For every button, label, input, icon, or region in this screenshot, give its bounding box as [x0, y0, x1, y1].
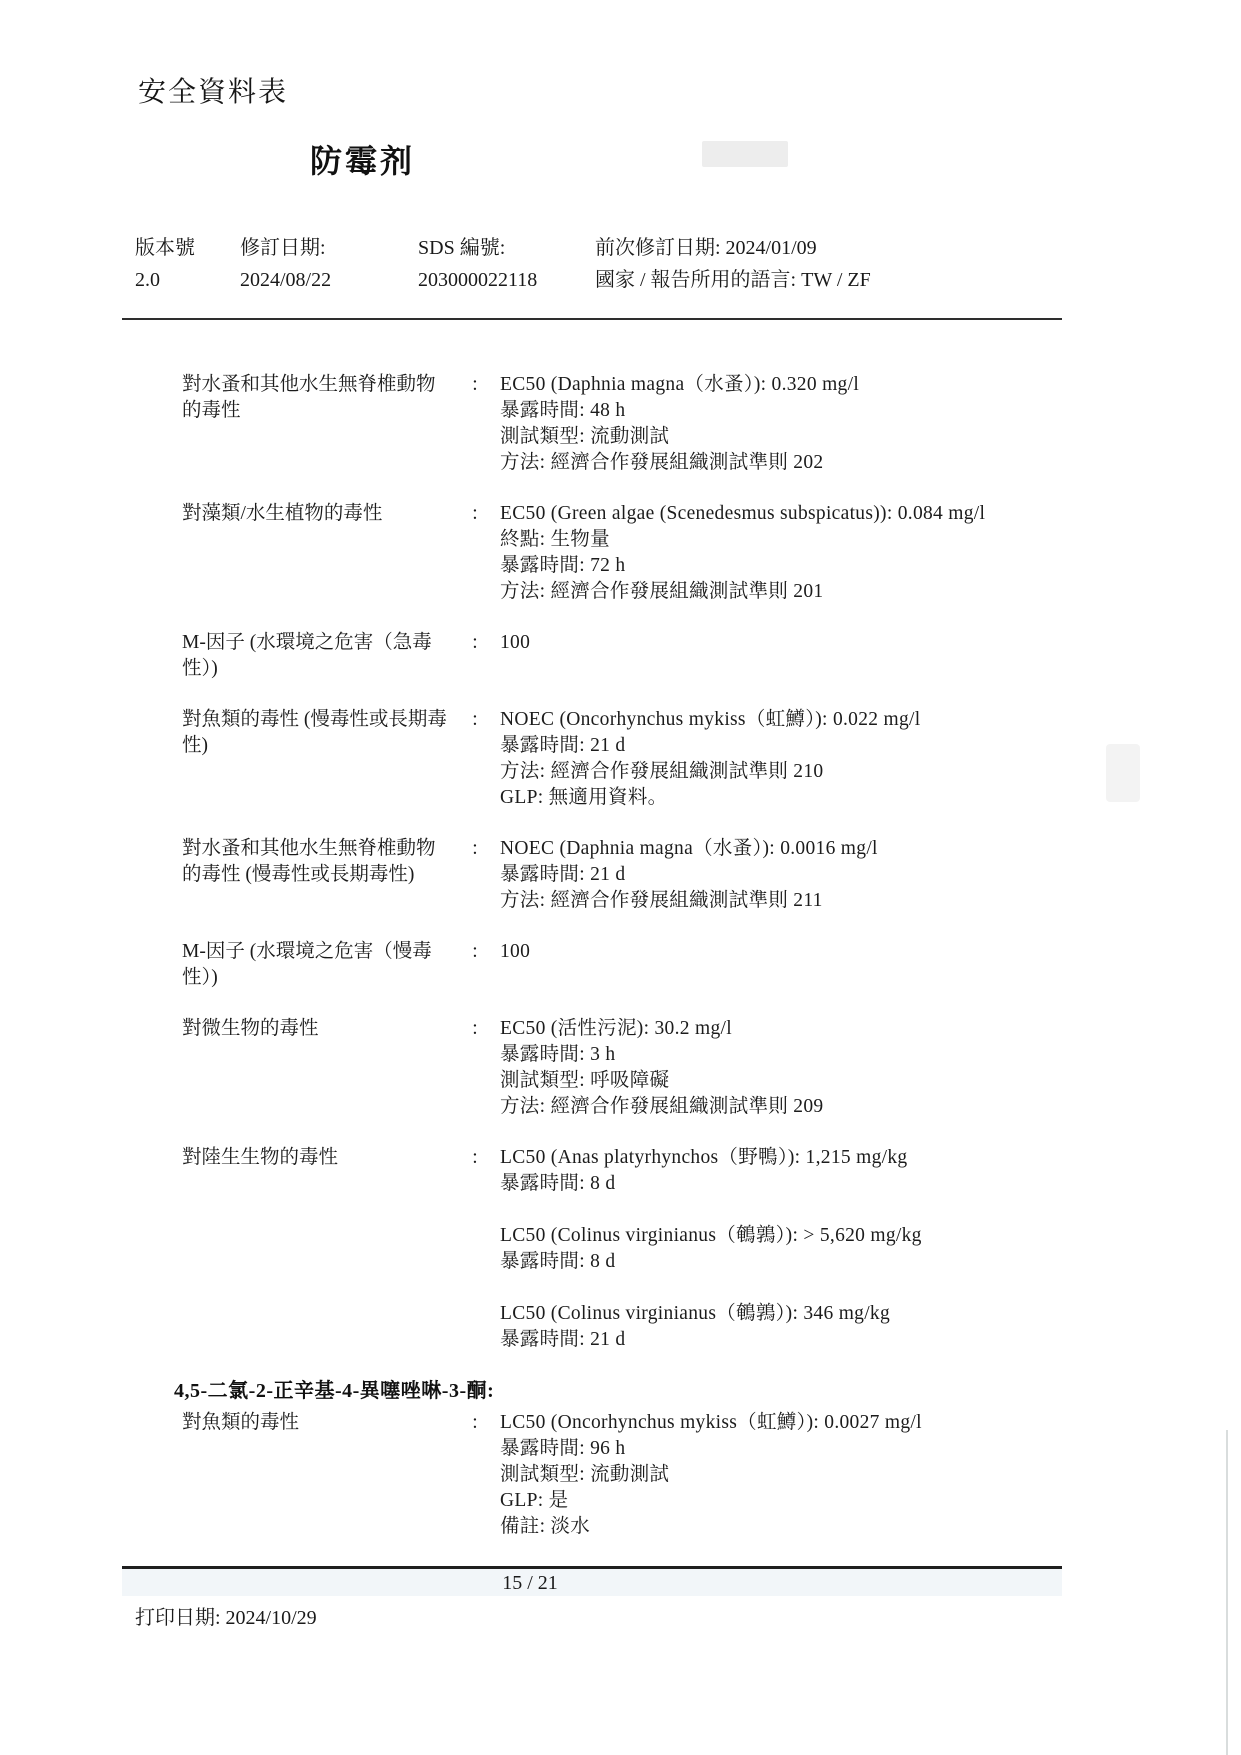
value-line: EC50 (Green algae (Scenedesmus subspicat…	[500, 501, 1074, 527]
entry-daphnia-acute: 對水蚤和其他水生無脊椎動物的毒性 : EC50 (Daphnia magna（水…	[182, 372, 1074, 476]
scan-artifact	[1106, 744, 1140, 802]
entry-label: 對水蚤和其他水生無脊椎動物的毒性 (慢毒性或長期毒性)	[182, 836, 450, 914]
entry-value: 100	[500, 939, 1074, 991]
entry-value: EC50 (Daphnia magna（水蚤）): 0.320 mg/l 暴露時…	[500, 372, 1074, 476]
value-line: 測試類型: 呼吸障礙	[500, 1068, 1074, 1094]
version-value: 2.0	[135, 264, 195, 296]
value-line: 備註: 淡水	[500, 1514, 1074, 1540]
entry-value: EC50 (Green algae (Scenedesmus subspicat…	[500, 501, 1074, 605]
value-line: 終點: 生物量	[500, 527, 1074, 553]
sds-number-value: 203000022118	[418, 264, 537, 296]
value-line: LC50 (Colinus virginianus（鵪鶉）): > 5,620 …	[500, 1223, 1074, 1249]
value-line: EC50 (活性污泥): 30.2 mg/l	[500, 1016, 1074, 1042]
entry-colon: :	[450, 630, 500, 682]
value-line: 測試類型: 流動測試	[500, 1462, 1074, 1488]
value-line: 暴露時間: 72 h	[500, 553, 1074, 579]
revision-date-value: 2024/08/22	[240, 264, 331, 296]
value-line: 100	[500, 939, 1074, 965]
entry-fish-dcoit: 對魚類的毒性 : LC50 (Oncorhynchus mykiss（虹鱒）):…	[182, 1410, 1074, 1540]
entry-colon: :	[450, 372, 500, 476]
scan-artifact	[702, 141, 788, 167]
value-line: 100	[500, 630, 1074, 656]
entry-label: M-因子 (水環境之危害（慢毒性）)	[182, 939, 450, 991]
value-line: GLP: 是	[500, 1488, 1074, 1514]
entry-value: NOEC (Daphnia magna（水蚤）): 0.0016 mg/l 暴露…	[500, 836, 1074, 914]
entry-daphnia-chronic: 對水蚤和其他水生無脊椎動物的毒性 (慢毒性或長期毒性) : NOEC (Daph…	[182, 836, 1074, 914]
entry-colon: :	[450, 707, 500, 811]
value-line: 方法: 經濟合作發展組織測試準則 209	[500, 1094, 1074, 1120]
value-line: NOEC (Oncorhynchus mykiss（虹鱒）): 0.022 mg…	[500, 707, 1074, 733]
value-line: 暴露時間: 21 d	[500, 1327, 1074, 1353]
entry-value: 100	[500, 630, 1074, 682]
entry-colon: :	[450, 836, 500, 914]
entry-value: EC50 (活性污泥): 30.2 mg/l 暴露時間: 3 h 測試類型: 呼…	[500, 1016, 1074, 1120]
entry-value: NOEC (Oncorhynchus mykiss（虹鱒）): 0.022 mg…	[500, 707, 1074, 811]
meta-previous-revision: 前次修訂日期: 2024/01/09 國家 / 報告所用的語言: TW / ZF	[595, 232, 871, 296]
sds-document-page: 安全資料表 防霉剂 版本號 2.0 修訂日期: 2024/08/22 SDS 編…	[0, 0, 1241, 1755]
entry-label: 對魚類的毒性	[182, 1410, 450, 1540]
value-line: 暴露時間: 3 h	[500, 1042, 1074, 1068]
value-line: 暴露時間: 96 h	[500, 1436, 1074, 1462]
toxicity-list: 對水蚤和其他水生無脊椎動物的毒性 : EC50 (Daphnia magna（水…	[182, 372, 1074, 1565]
entry-label: 對魚類的毒性 (慢毒性或長期毒性)	[182, 707, 450, 811]
substance-section-heading: 4,5-二氯-2-正辛基-4-異噻唑啉-3-酮:	[174, 1378, 1074, 1404]
value-line-blank	[500, 1275, 1074, 1301]
value-line: 暴露時間: 21 d	[500, 733, 1074, 759]
meta-version: 版本號 2.0	[135, 232, 195, 296]
value-line: 暴露時間: 8 d	[500, 1249, 1074, 1275]
product-name: 防霉剂	[310, 136, 415, 182]
entry-terrestrial: 對陸生生物的毒性 : LC50 (Anas platyrhynchos（野鴨）)…	[182, 1145, 1074, 1353]
print-date: 打印日期: 2024/10/29	[135, 1601, 317, 1630]
value-line: LC50 (Oncorhynchus mykiss（虹鱒）): 0.0027 m…	[500, 1410, 1074, 1436]
entry-fish-chronic: 對魚類的毒性 (慢毒性或長期毒性) : NOEC (Oncorhynchus m…	[182, 707, 1074, 811]
entry-label: M-因子 (水環境之危害（急毒性）)	[182, 630, 450, 682]
entry-m-factor-chronic: M-因子 (水環境之危害（慢毒性）) : 100	[182, 939, 1074, 991]
entry-colon: :	[450, 1145, 500, 1353]
country-language: 國家 / 報告所用的語言: TW / ZF	[595, 264, 871, 296]
scan-page-edge	[1226, 1430, 1228, 1755]
value-line: LC50 (Anas platyrhynchos（野鴨）): 1,215 mg/…	[500, 1145, 1074, 1171]
value-line-blank	[500, 1197, 1074, 1223]
value-line: 暴露時間: 21 d	[500, 862, 1074, 888]
entry-label: 對水蚤和其他水生無脊椎動物的毒性	[182, 372, 450, 476]
entry-value: LC50 (Anas platyrhynchos（野鴨）): 1,215 mg/…	[500, 1145, 1074, 1353]
value-line: LC50 (Colinus virginianus（鵪鶉）): 346 mg/k…	[500, 1301, 1074, 1327]
entry-label: 對陸生生物的毒性	[182, 1145, 450, 1353]
page-number: 15 / 21	[380, 1572, 680, 1595]
entry-label: 對微生物的毒性	[182, 1016, 450, 1120]
value-line: 方法: 經濟合作發展組織測試準則 201	[500, 579, 1074, 605]
value-line: 暴露時間: 48 h	[500, 398, 1074, 424]
doc-title: 安全資料表	[138, 70, 288, 110]
value-line: 測試類型: 流動測試	[500, 424, 1074, 450]
entry-microorganisms: 對微生物的毒性 : EC50 (活性污泥): 30.2 mg/l 暴露時間: 3…	[182, 1016, 1074, 1120]
value-line: 方法: 經濟合作發展組織測試準則 210	[500, 759, 1074, 785]
previous-revision: 前次修訂日期: 2024/01/09	[595, 232, 871, 264]
value-line: 暴露時間: 8 d	[500, 1171, 1074, 1197]
entry-colon: :	[450, 1016, 500, 1120]
entry-algae: 對藻類/水生植物的毒性 : EC50 (Green algae (Scenede…	[182, 501, 1074, 605]
value-line: EC50 (Daphnia magna（水蚤）): 0.320 mg/l	[500, 372, 1074, 398]
header-divider	[122, 318, 1062, 320]
value-line: NOEC (Daphnia magna（水蚤）): 0.0016 mg/l	[500, 836, 1074, 862]
revision-date-label: 修訂日期:	[240, 232, 331, 264]
entry-colon: :	[450, 501, 500, 605]
value-line: GLP: 無適用資料。	[500, 785, 1074, 811]
entry-colon: :	[450, 1410, 500, 1540]
entry-value: LC50 (Oncorhynchus mykiss（虹鱒）): 0.0027 m…	[500, 1410, 1074, 1540]
entry-label: 對藻類/水生植物的毒性	[182, 501, 450, 605]
value-line: 方法: 經濟合作發展組織測試準則 211	[500, 888, 1074, 914]
entry-colon: :	[450, 939, 500, 991]
value-line: 方法: 經濟合作發展組織測試準則 202	[500, 450, 1074, 476]
meta-revision-date: 修訂日期: 2024/08/22	[240, 232, 331, 296]
version-label: 版本號	[135, 232, 195, 264]
sds-number-label: SDS 編號:	[418, 232, 537, 264]
entry-m-factor-acute: M-因子 (水環境之危害（急毒性）) : 100	[182, 630, 1074, 682]
meta-sds-number: SDS 編號: 203000022118	[418, 232, 537, 296]
